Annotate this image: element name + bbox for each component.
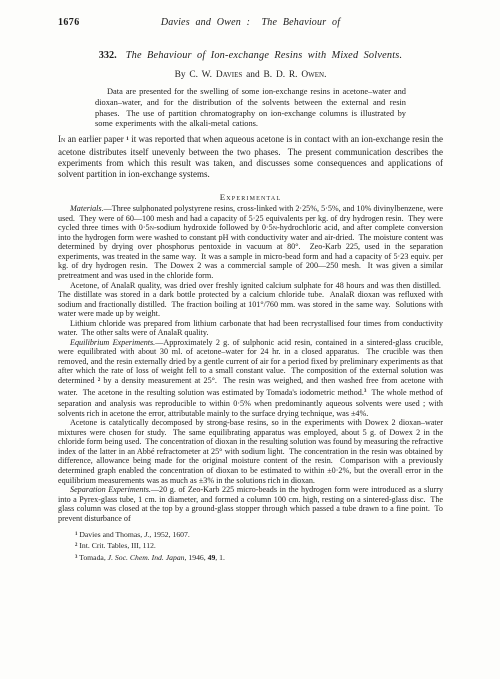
text-run: Lithium chloride was prepared from lithi… — [58, 319, 443, 338]
text-run: J. Soc. Chem. Ind. Japan — [108, 553, 185, 562]
article-title: The Behaviour of Ion-exchange Resins wit… — [126, 50, 403, 61]
running-title: Davies and Owen : The Behaviour of — [161, 17, 340, 28]
text-run: 2 — [98, 377, 101, 383]
text-run: , 1. — [215, 553, 225, 562]
text-run: and B. D. R. — [242, 70, 301, 80]
text-run: . — [324, 70, 326, 80]
footnote-3: 3 Tomada, J. Soc. Chem. Ind. Japan, 1946… — [75, 553, 443, 564]
text-run: Int. Crit. Tables, III, 112. — [77, 541, 155, 550]
text-run: , 1952, 1607. — [149, 530, 189, 539]
text-run: -sodium hydroxide followed by 0·5 — [154, 223, 273, 232]
footnote-1: 1 Davies and Thomas, J., 1952, 1607. — [75, 530, 443, 541]
paragraph-lithium-chloride: Lithium chloride was prepared from lithi… — [58, 319, 443, 338]
footnote-2: 2 Int. Crit. Tables, III, 112. — [75, 541, 443, 552]
paragraph-separation-experiments: Separation Experiments.—20 g. of Zeo-Kar… — [58, 485, 443, 523]
text-run: Acetone is catalytically decomposed by s… — [58, 418, 443, 484]
text-run: Materials. — [70, 204, 104, 213]
text-run: Owen — [301, 70, 324, 80]
text-run: Equilibrium Experiments. — [70, 338, 155, 347]
text-run: Acetone, of AnalaR quality, was dried ov… — [58, 281, 443, 319]
running-head: 1676 Davies and Owen : The Behaviour of — [58, 17, 443, 29]
text-run: By C. W. — [175, 70, 216, 80]
intro-paragraph: In an earlier paper 1 it was reported th… — [58, 134, 443, 180]
footnotes: 1 Davies and Thomas, J., 1952, 1607. 2 I… — [58, 530, 443, 564]
article-number: 332. — [99, 50, 117, 61]
text-run: 1 — [126, 136, 129, 142]
article-heading: 332.The Behaviour of Ion-exchange Resins… — [58, 49, 443, 62]
text-run: Tomada, — [77, 553, 107, 562]
section-heading-experimental: Experimental — [58, 192, 443, 202]
page-number: 1676 — [58, 17, 80, 29]
text-run: Davies and Thomas, — [77, 530, 144, 539]
text-run: Separation Experiments. — [70, 485, 151, 494]
text-run: Davies — [216, 70, 242, 80]
text-run: an earlier paper — [65, 134, 126, 144]
paragraph-dioxan-water: Acetone is catalytically decomposed by s… — [58, 418, 443, 485]
paragraph-acetone: Acetone, of AnalaR quality, was dried ov… — [58, 281, 443, 319]
journal-page: 1676 Davies and Owen : The Behaviour of … — [0, 0, 500, 679]
text-run: , 1946, — [185, 553, 208, 562]
byline: By C. W. Davies and B. D. R. Owen. — [58, 70, 443, 81]
paragraph-materials: Materials.—Three sulphonated polystyrene… — [58, 204, 443, 280]
paragraph-equilibrium-experiments: Equilibrium Experiments.—Approximately 2… — [58, 338, 443, 418]
abstract: Data are presented for the swelling of s… — [95, 87, 406, 130]
